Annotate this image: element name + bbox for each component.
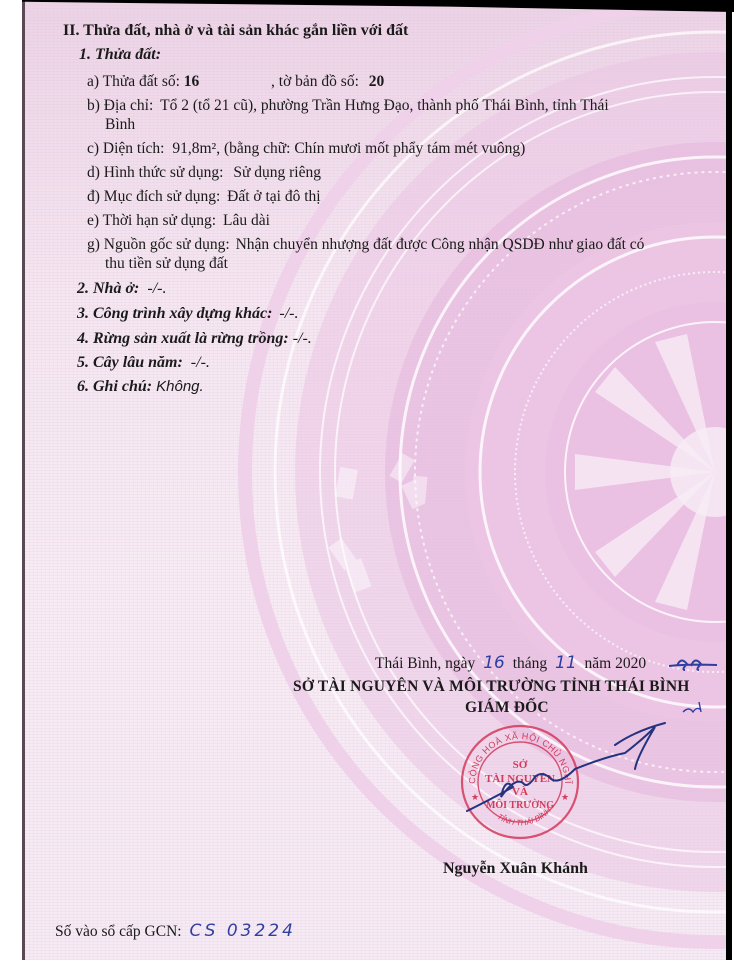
item-notes-label: 6. Ghi chú: <box>77 378 152 395</box>
map-sheet-label: , tờ bản đồ số: <box>271 73 359 90</box>
map-sheet-number: 20 <box>369 73 385 90</box>
origin-value: Nhận chuyển nhượng đất được Công nhận QS… <box>236 236 645 253</box>
certificate-content: II. Thửa đất, nhà ở và tài sản khác gắn … <box>25 2 726 960</box>
item-forest: 4. Rừng sản xuất là rừng trồng: -/-. <box>77 330 312 348</box>
director-signature-icon <box>465 717 685 827</box>
address-value: Tổ 2 (tổ 21 cũ), phường Trần Hưng Đạo, t… <box>160 97 609 114</box>
land-heading: 1. Thửa đất: <box>79 46 161 64</box>
parcel-number: 16 <box>184 73 200 90</box>
usage-term-value: Lâu dài <box>223 212 270 229</box>
item-perennial-value: -/-. <box>191 354 210 371</box>
year-label: năm 2020 <box>585 655 647 672</box>
usage-purpose-label: đ) Mục đích sử dụng: <box>87 188 220 205</box>
usage-purpose-row: đ) Mục đích sử dụng: Đất ở tại đô thị <box>87 188 321 206</box>
area-row: c) Diện tích: 91,8m², (bằng chữ: Chín mư… <box>87 140 525 158</box>
item-perennial-label: 5. Cây lâu năm: <box>77 354 183 371</box>
place-date-prefix: Thái Bình, ngày <box>375 655 475 672</box>
month-label: tháng <box>513 655 547 672</box>
item-other-construction: 3. Công trình xây dựng khác: -/-. <box>77 305 299 323</box>
item-notes-value: Không. <box>156 378 204 395</box>
usage-form-value: Sử dụng riêng <box>233 164 321 181</box>
signing-month: 11 <box>555 653 577 673</box>
item-forest-value: -/-. <box>293 330 312 347</box>
handwritten-scribble-icon <box>667 652 723 674</box>
usage-form-label: d) Hình thức sử dụng: <box>87 164 224 181</box>
item-other-construction-value: -/-. <box>279 305 298 322</box>
parcel-label: a) Thửa đất số: <box>87 73 180 90</box>
usage-term-label: e) Thời hạn sử dụng: <box>87 212 216 229</box>
address-label: b) Địa chỉ: <box>87 97 153 114</box>
origin-label: g) Nguồn gốc sử dụng: <box>87 236 230 253</box>
item-house: 2. Nhà ở: -/-. <box>77 280 166 298</box>
handwritten-mark-icon <box>681 698 711 718</box>
area-value: 91,8m², (bằng chữ: Chín mươi mốt phẩy tá… <box>172 140 525 157</box>
section-heading: II. Thửa đất, nhà ở và tài sản khác gắn … <box>63 22 408 40</box>
registry-number: CS 03224 <box>189 921 295 941</box>
registry-label: Số vào sổ cấp GCN: <box>55 923 182 940</box>
scan-right-edge <box>726 0 732 960</box>
signer-name: Nguyễn Xuân Khánh <box>443 860 588 878</box>
address-value-cont: Bình <box>105 116 135 134</box>
area-label: c) Diện tích: <box>87 140 164 157</box>
item-forest-label: 4. Rừng sản xuất là rừng trồng: <box>77 330 289 347</box>
parcel-row: a) Thửa đất số: 16 , tờ bản đồ số: 20 <box>87 73 384 91</box>
signing-date: Thái Bình, ngày 16 tháng 11 năm 2020 <box>375 654 646 673</box>
origin-row: g) Nguồn gốc sử dụng: Nhận chuyển nhượng… <box>87 236 644 254</box>
certificate-page: II. Thửa đất, nhà ở và tài sản khác gắn … <box>25 2 726 960</box>
registry-number-row: Số vào sổ cấp GCN: CS 03224 <box>55 922 296 941</box>
item-notes: 6. Ghi chú: Không. <box>77 378 204 396</box>
address-row: b) Địa chỉ: Tổ 2 (tổ 21 cũ), phường Trần… <box>87 97 609 115</box>
signer-title: GIÁM ĐỐC <box>465 699 549 717</box>
usage-term-row: e) Thời hạn sử dụng: Lâu dài <box>87 212 270 230</box>
usage-form-row: d) Hình thức sử dụng: Sử dụng riêng <box>87 164 321 182</box>
item-other-construction-label: 3. Công trình xây dựng khác: <box>77 305 272 322</box>
item-house-label: 2. Nhà ở: <box>77 280 139 297</box>
signing-day: 16 <box>483 653 505 673</box>
usage-purpose-value: Đất ở tại đô thị <box>227 188 320 205</box>
item-perennial: 5. Cây lâu năm: -/-. <box>77 354 210 372</box>
origin-value-cont: thu tiền sử dụng đất <box>105 255 228 273</box>
issuing-authority: SỞ TÀI NGUYÊN VÀ MÔI TRƯỜNG TỈNH THÁI BÌ… <box>293 678 690 696</box>
item-house-value: -/-. <box>147 280 166 297</box>
